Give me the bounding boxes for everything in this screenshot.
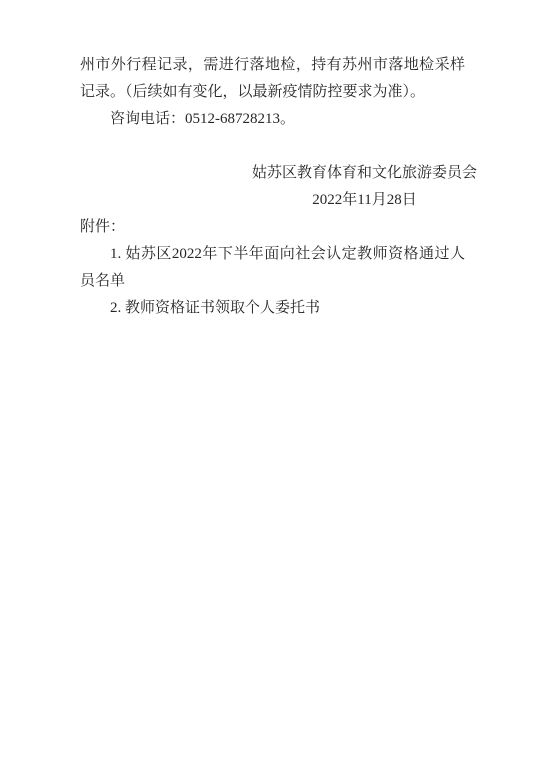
attachments-label: 附件：	[80, 214, 465, 241]
signature-inner: 姑苏区教育体育和文化旅游委员会 2022年11月28日	[252, 160, 477, 214]
paragraph-travel-record: 州市外行程记录，需进行落地检，持有苏州市落地检采样记录。（后续如有变化，以最新疫…	[80, 52, 465, 106]
document-page: 州市外行程记录，需进行落地检，持有苏州市落地检采样记录。（后续如有变化，以最新疫…	[0, 0, 554, 784]
document-content: 州市外行程记录，需进行落地检，持有苏州市落地检采样记录。（后续如有变化，以最新疫…	[80, 52, 465, 322]
paragraph-phone: 咨询电话：0512-68728213。	[80, 106, 465, 133]
attachment-item-1: 1. 姑苏区2022年下半年面向社会认定教师资格通过人员名单	[80, 241, 465, 295]
attachment-item-2: 2. 教师资格证书领取个人委托书	[80, 295, 465, 322]
signature-block: 姑苏区教育体育和文化旅游委员会 2022年11月28日	[80, 160, 477, 214]
signature-date: 2022年11月28日	[252, 187, 477, 214]
signature-org: 姑苏区教育体育和文化旅游委员会	[252, 160, 477, 187]
